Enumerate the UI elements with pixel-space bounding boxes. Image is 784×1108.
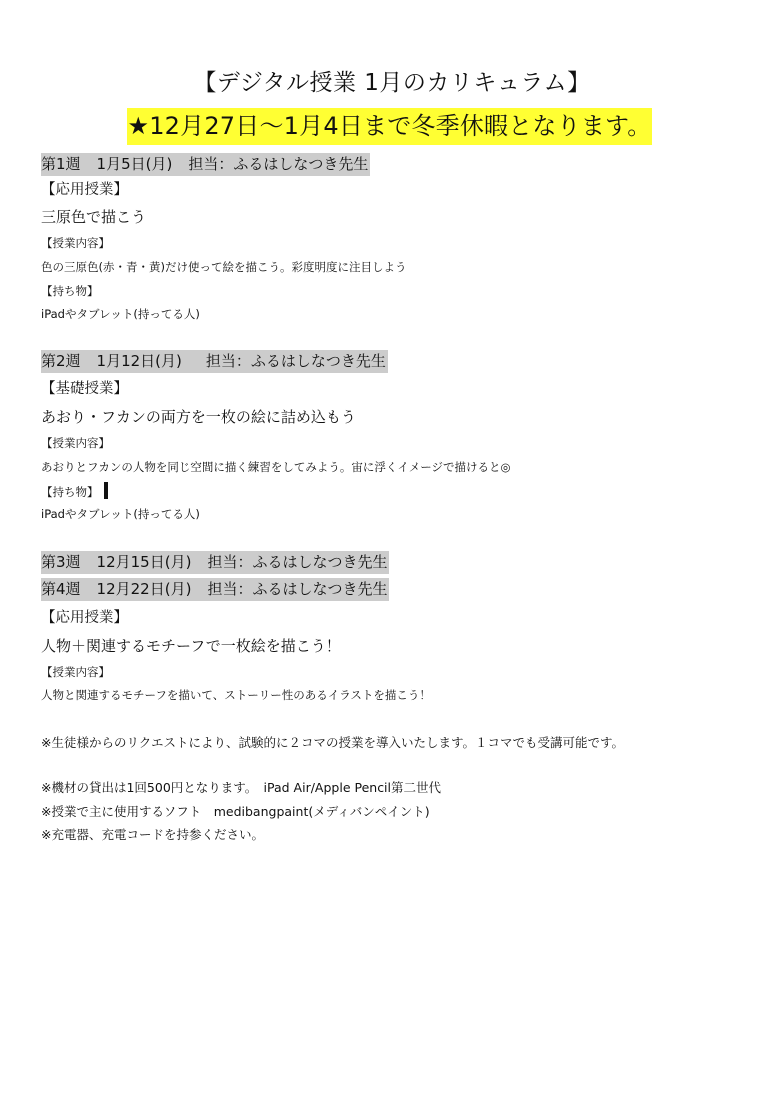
week-2-items-label: 【持ち物】 — [41, 485, 99, 499]
week-2-content: あおりとフカンの人物を同じ空間に描く練習をしてみよう。宙に浮くイメージで描けると… — [41, 458, 511, 476]
week-date: 1月5日(月) — [97, 155, 173, 173]
note-charger: ※充電器、充電コードを持参ください。 — [41, 826, 264, 844]
week-4-header: 第4週12月22日(月)担当：ふるはしなつき先生 — [41, 578, 389, 601]
week-date: 12月15日(月) — [97, 553, 192, 571]
note-two-periods: ※生徒様からのリクエストにより、試験的に２コマの授業を導入いたします。１コマでも… — [41, 734, 624, 752]
week-2-lesson-title: あおり・フカンの両方を一枚の絵に詰め込もう — [41, 406, 356, 428]
week-4-content-label: 【授業内容】 — [41, 663, 110, 681]
week-date: 1月12日(月) — [97, 352, 182, 370]
text-cursor — [104, 482, 108, 499]
week-1-lesson-title: 三原色で描こう — [41, 206, 146, 228]
week-label: 第3週 — [41, 553, 81, 571]
document-title: 【デジタル授業 1月のカリキュラム】 — [0, 66, 784, 100]
week-1-items: iPadやタブレット(持ってる人) — [41, 305, 200, 323]
week-2-content-label: 【授業内容】 — [41, 434, 110, 452]
week-2-category: 【基礎授業】 — [41, 379, 128, 399]
week-teacher: 担当：ふるはしなつき先生 — [206, 352, 386, 370]
week-teacher: 担当：ふるはしなつき先生 — [207, 580, 387, 598]
week-4-content: 人物と関連するモチーフを描いて、ストーリー性のあるイラストを描こう！ — [41, 686, 431, 704]
week-2-header: 第2週1月12日(月)担当：ふるはしなつき先生 — [41, 350, 388, 373]
week-1-header: 第1週1月5日(月)担当：ふるはしなつき先生 — [41, 153, 370, 176]
week-label: 第4週 — [41, 580, 81, 598]
week-4-category: 【応用授業】 — [41, 608, 128, 628]
week-2-items-label-row: 【持ち物】 — [41, 482, 108, 501]
week-2-items: iPadやタブレット(持ってる人) — [41, 505, 200, 523]
week-4-lesson-title: 人物＋関連するモチーフで一枚絵を描こう！ — [41, 635, 341, 657]
week-3-header: 第3週12月15日(月)担当：ふるはしなつき先生 — [41, 551, 389, 574]
week-1-items-label: 【持ち物】 — [41, 282, 99, 300]
week-1-content-label: 【授業内容】 — [41, 234, 110, 252]
week-teacher: 担当：ふるはしなつき先生 — [188, 155, 368, 173]
note-equipment-rental: ※機材の貸出は1回500円となります。 iPad Air/Apple Penci… — [41, 779, 441, 797]
holiday-notice: ★12月27日〜1月4日まで冬季休暇となります。 — [127, 108, 652, 145]
week-1-content: 色の三原色(赤・青・黄)だけ使って絵を描こう。彩度明度に注目しよう — [41, 258, 406, 276]
note-software: ※授業で主に使用するソフト medibangpaint(メディバンペイント) — [41, 803, 430, 821]
week-label: 第2週 — [41, 352, 81, 370]
week-teacher: 担当：ふるはしなつき先生 — [207, 553, 387, 571]
week-1-category: 【応用授業】 — [41, 180, 128, 200]
week-date: 12月22日(月) — [97, 580, 192, 598]
week-label: 第1週 — [41, 155, 81, 173]
